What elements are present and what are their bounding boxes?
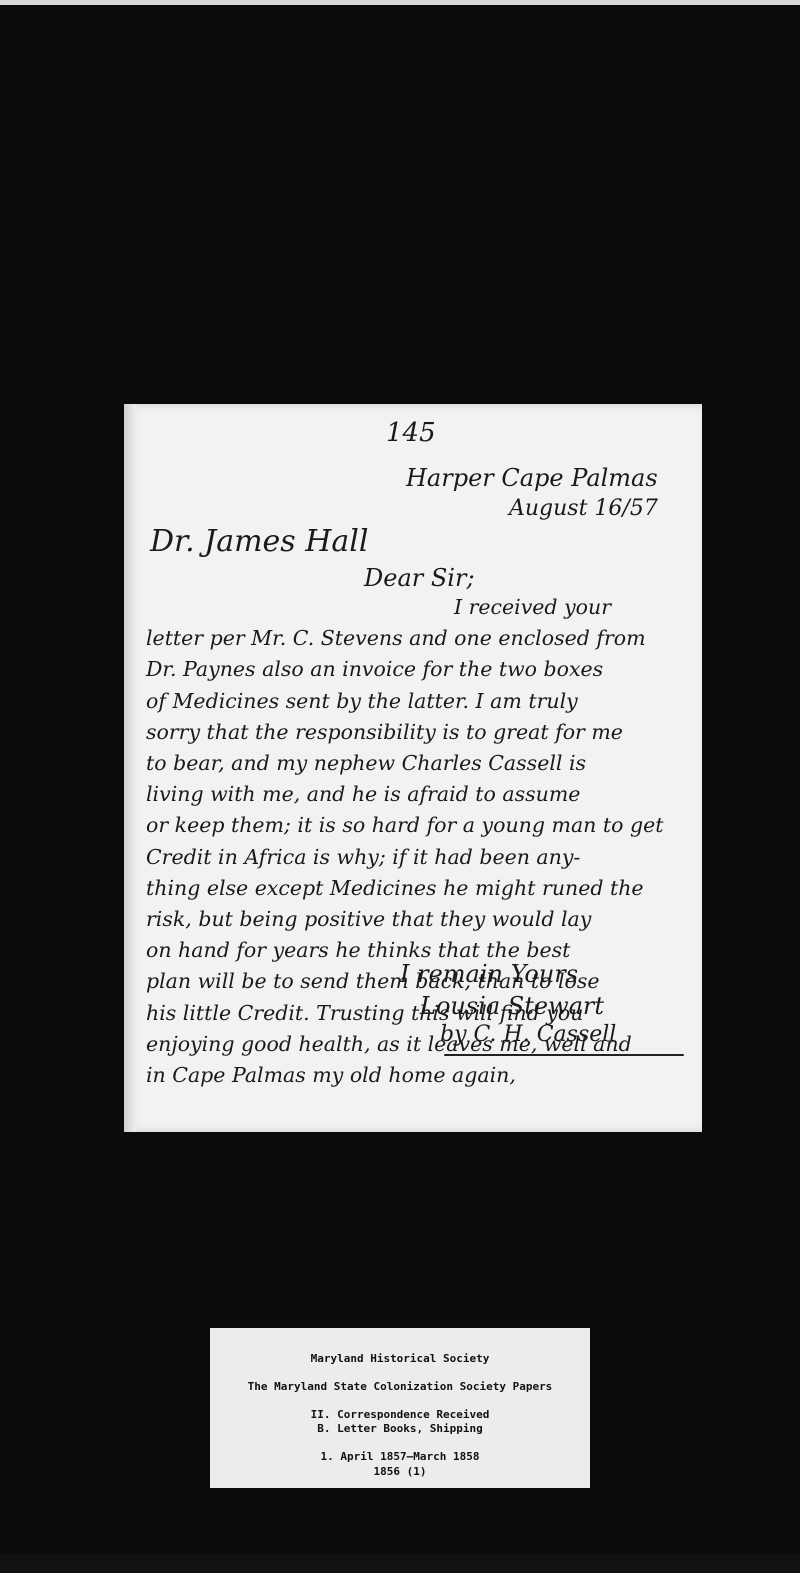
label-series: II. Correspondence Received (210, 1408, 590, 1421)
body-line: in Cape Palmas my old home again, (146, 1060, 701, 1091)
closing: I remain Yours (400, 960, 578, 988)
body-line: or keep them; it is so hard for a young … (146, 810, 701, 841)
body-line: risk, but being positive that they would… (146, 904, 701, 935)
label-year: 1856 (1) (210, 1465, 590, 1478)
label-subseries: B. Letter Books, Shipping (210, 1422, 590, 1435)
signature-flourish (444, 1054, 684, 1056)
handwritten-letter-page: 145 Harper Cape Palmas August 16/57 Dr. … (124, 404, 702, 1132)
body-line: Credit in Africa is why; if it had been … (146, 842, 701, 873)
film-edge-bottom (0, 1553, 800, 1573)
recipient-name: Dr. James Hall (150, 524, 368, 559)
page-number: 145 (386, 418, 436, 448)
letter-place: Harper Cape Palmas (406, 464, 658, 492)
letter-date: August 16/57 (509, 496, 658, 521)
label-collection: The Maryland State Colonization Society … (210, 1380, 590, 1393)
body-line: of Medicines sent by the latter. I am tr… (146, 686, 701, 717)
label-date-range: 1. April 1857—March 1858 (210, 1450, 590, 1463)
page-edge (124, 404, 136, 1132)
archive-label-card: Maryland Historical Society The Maryland… (210, 1328, 590, 1488)
body-line: Dr. Paynes also an invoice for the two b… (146, 654, 701, 685)
body-line: to bear, and my nephew Charles Cassell i… (146, 748, 701, 779)
signature: Lousia Stewart (420, 992, 604, 1020)
salutation: Dear Sir; (364, 564, 475, 592)
body-line: I received your (146, 592, 701, 623)
signature-by: by C. H. Cassell (440, 1022, 616, 1047)
label-organization: Maryland Historical Society (210, 1352, 590, 1365)
film-edge-top (0, 0, 800, 5)
body-line: living with me, and he is afraid to assu… (146, 779, 701, 810)
body-line: letter per Mr. C. Stevens and one enclos… (146, 623, 701, 654)
body-line: thing else except Medicines he might run… (146, 873, 701, 904)
body-line: sorry that the responsibility is to grea… (146, 717, 701, 748)
